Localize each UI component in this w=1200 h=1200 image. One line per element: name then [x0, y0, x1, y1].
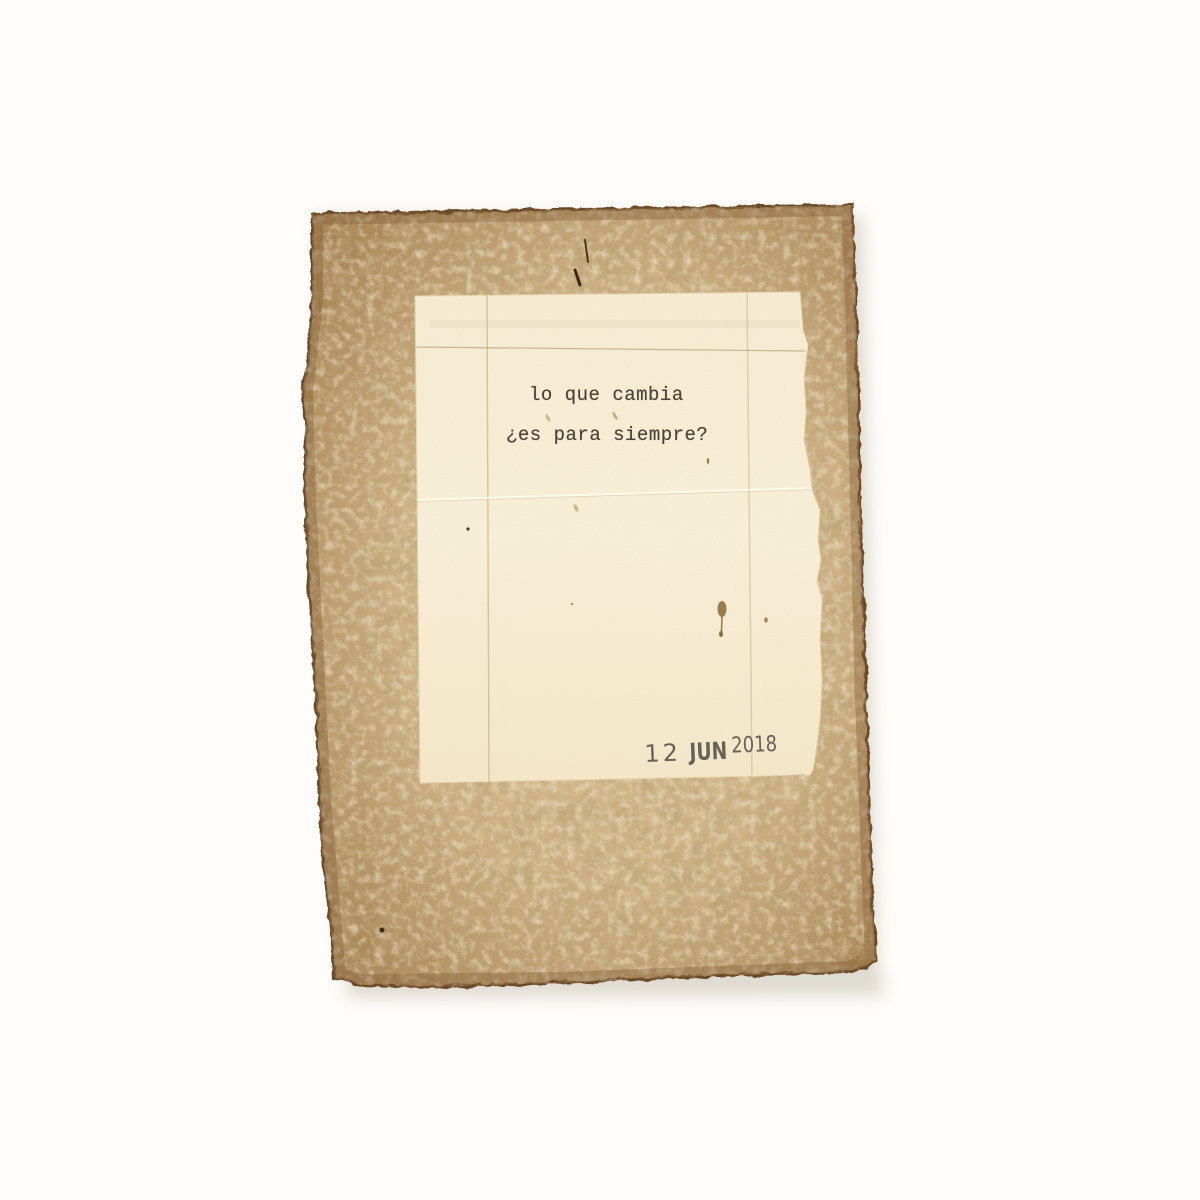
stamp-day: 12	[644, 739, 682, 768]
date-stamp: 12JUN2018	[644, 735, 788, 768]
typed-line-2: ¿es para siempre?	[506, 424, 708, 446]
photo-scene: lo que cambia ¿es para siempre? 12JUN201…	[0, 0, 1200, 1200]
ink-drop	[718, 601, 727, 617]
stamp-year: 2018	[731, 732, 778, 759]
paper-label	[0, 0, 1200, 1200]
typed-line-1: lo que cambia	[529, 384, 684, 406]
stamp-month: JUN	[688, 737, 727, 766]
